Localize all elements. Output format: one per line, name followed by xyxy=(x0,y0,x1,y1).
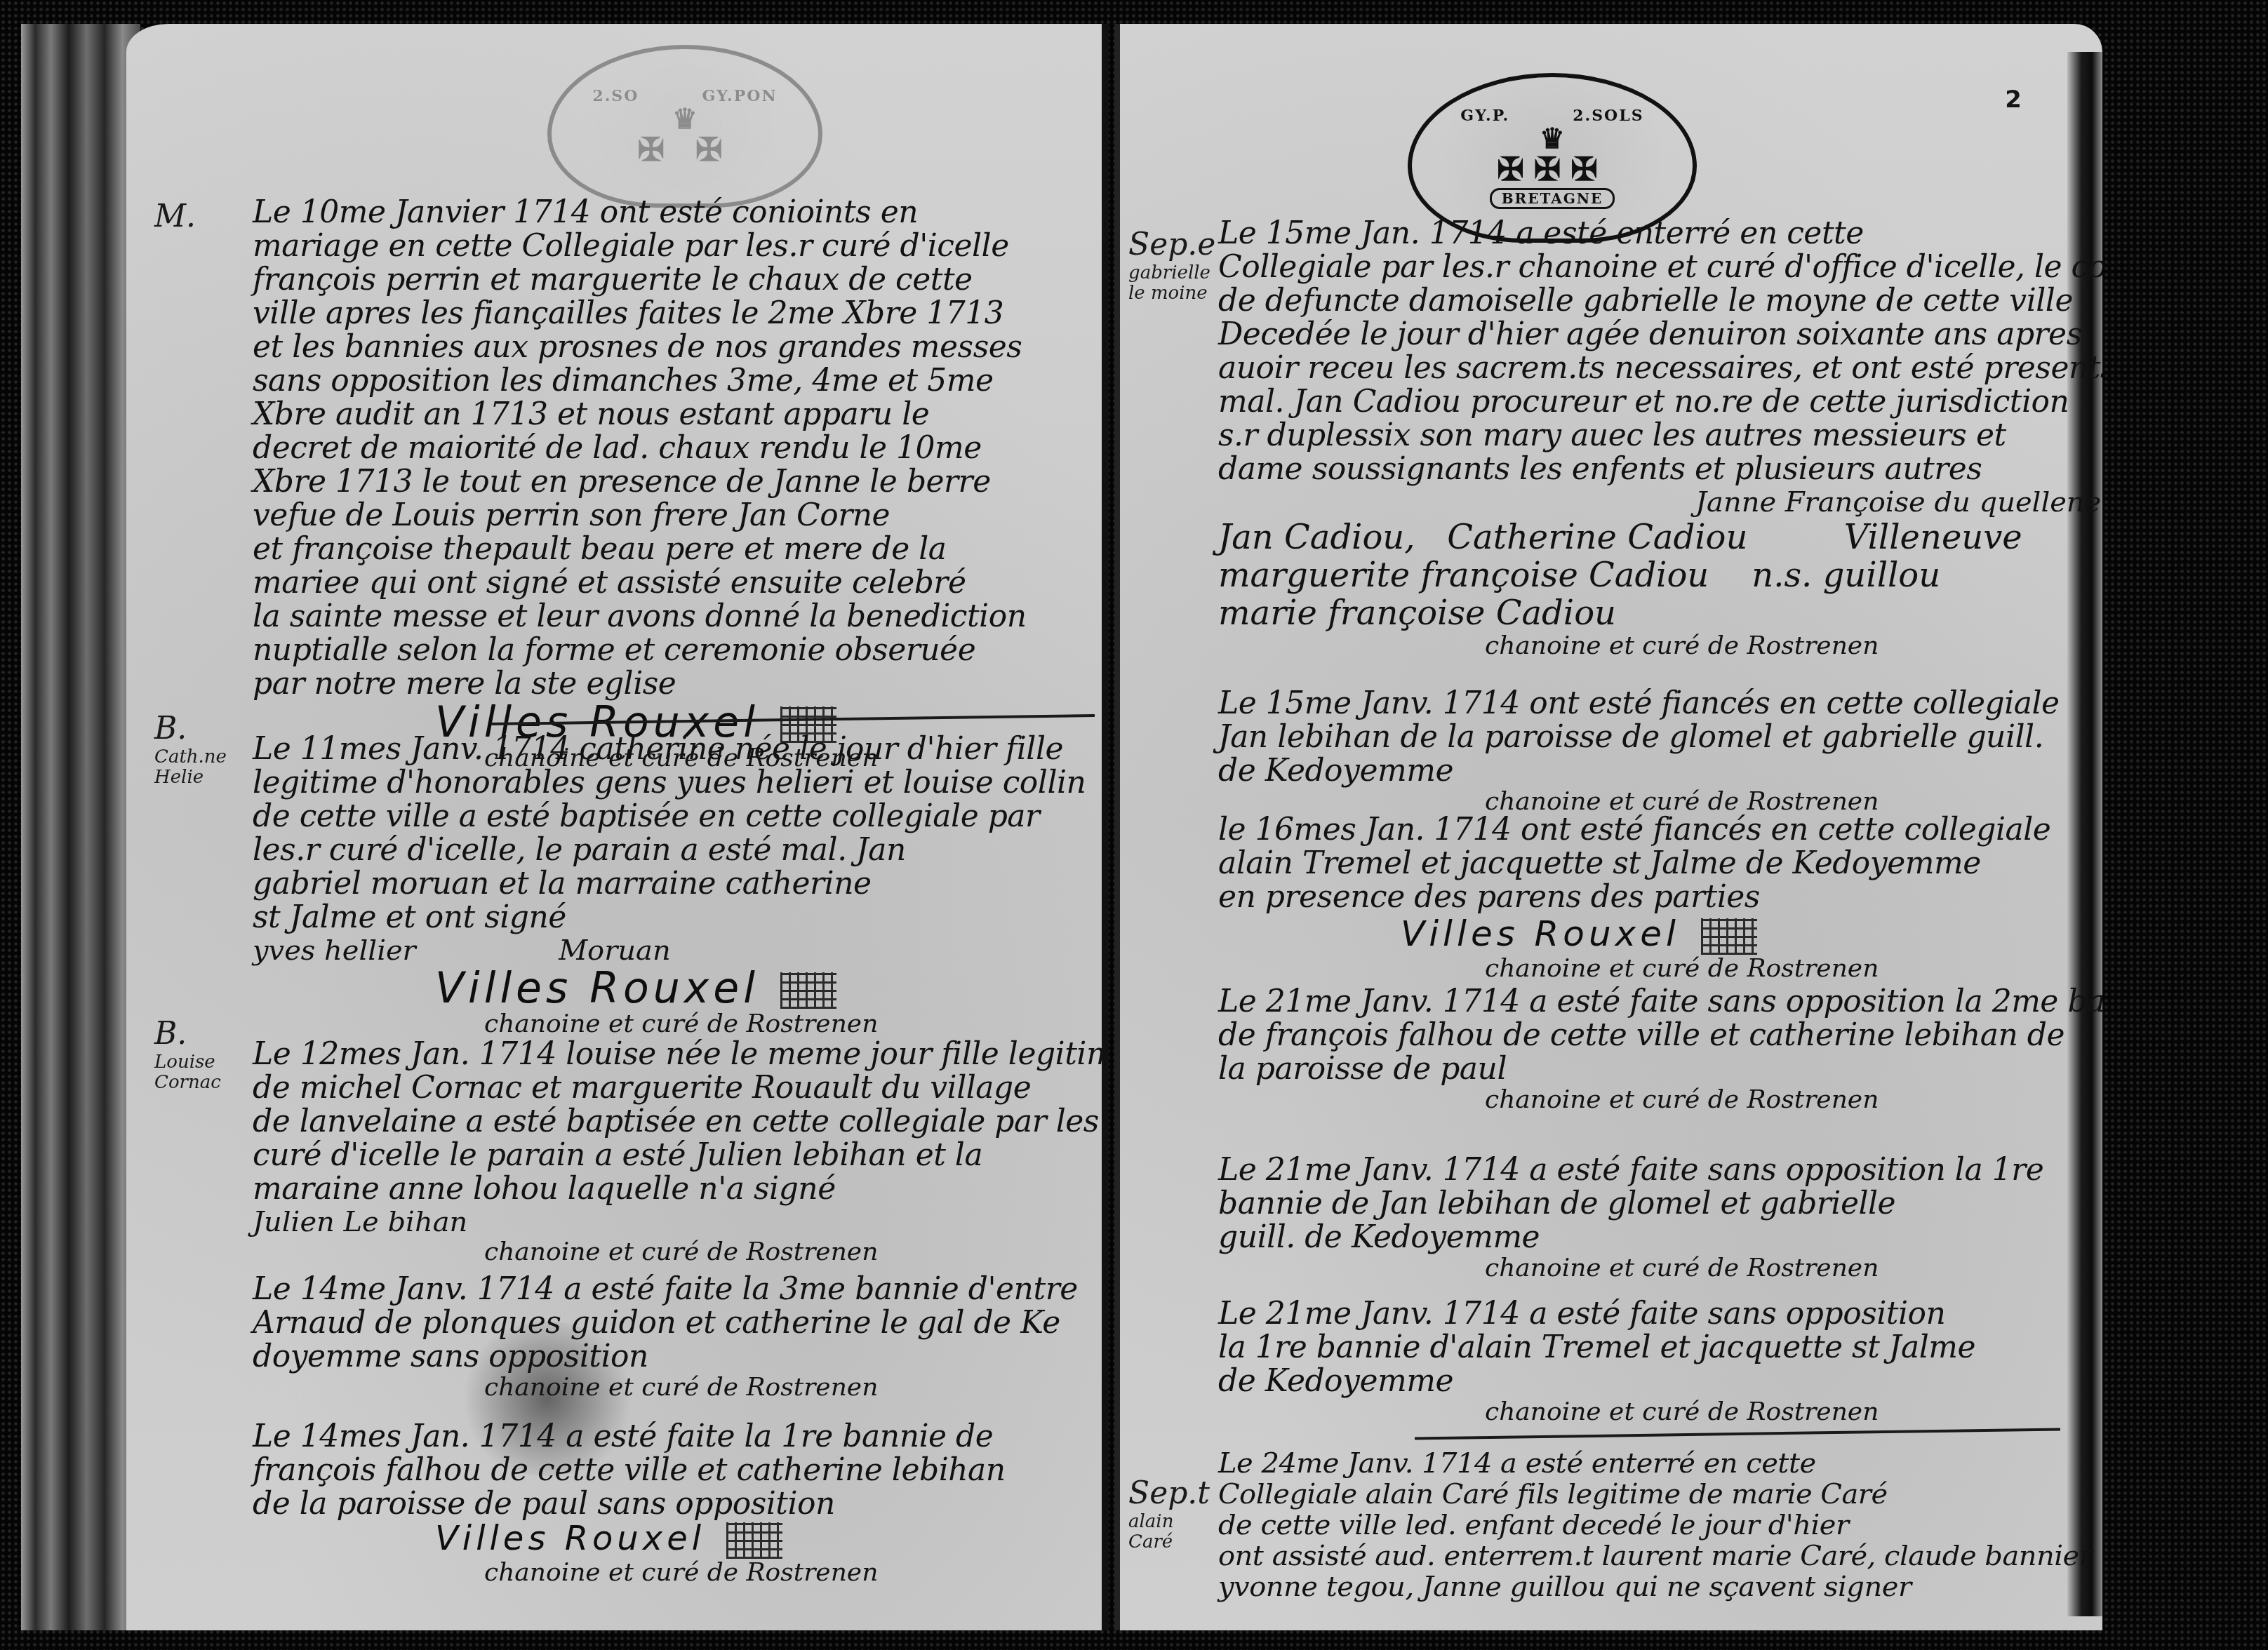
margin-note-marriage: M. xyxy=(154,199,239,235)
open-register-book: 2.SO GY.PON ♛ ✠ ✠ M. B. Cath.ne Helie B.… xyxy=(21,24,2119,1630)
tax-stamp-showthrough: 2.SO GY.PON ♛ ✠ ✠ xyxy=(547,45,822,208)
stamp-ribbon-right: 2.SOLS xyxy=(1573,107,1643,125)
stamp-ribbon-left: GY.P. xyxy=(1460,107,1509,125)
officiant-title: chanoine et curé de Rostrenen xyxy=(484,1238,1109,1266)
stamp-region-label: BRETAGNE xyxy=(1490,188,1615,209)
margin-note-baptism-helie: B. Cath.ne Helie xyxy=(154,711,239,789)
register-entry-marriage-perrin: Le 10me Janvier 1714 ont esté conioints … xyxy=(253,196,1027,772)
page-number: 2 xyxy=(2005,86,2022,114)
witness-signature: Janne Françoise du quellenec xyxy=(1695,486,2102,518)
witness-signature: marie françoise Cadiou xyxy=(1218,594,2102,632)
book-page-edges-left xyxy=(21,24,140,1630)
stamp-ribbon-right: GY.PON xyxy=(702,87,777,105)
officiant-signature: Villes Rouxel xyxy=(435,1521,1006,1559)
register-entry-banns-lebihan: Le 21me Janv. 1714 a esté faite sans opp… xyxy=(1218,1153,2043,1282)
register-entry-betrothal-lebihan: Le 15me Janv. 1714 ont esté fiancés en c… xyxy=(1218,687,2060,816)
officiant-title: chanoine et curé de Rostrenen xyxy=(1485,632,2102,660)
officiant-title: chanoine et curé de Rostrenen xyxy=(1485,1086,2102,1114)
ermine-icon: ✠ ✠ xyxy=(637,133,732,166)
register-entry-betrothal-tremel: le 16mes Jan. 1714 ont esté fiancés en c… xyxy=(1218,813,2050,983)
stamp-ribbon-left: 2.SO xyxy=(592,87,639,105)
paraphe-flourish-icon xyxy=(780,972,836,1009)
register-entry-baptism-cornac: Le 12mes Jan. 1714 louise née le meme jo… xyxy=(253,1038,1109,1266)
crown-icon: ♛ xyxy=(672,105,698,133)
left-page: 2.SO GY.PON ♛ ✠ ✠ M. B. Cath.ne Helie B.… xyxy=(126,24,1109,1630)
register-entry-banns-guidon: Le 14me Janv. 1714 a esté faite la 3me b… xyxy=(253,1273,1078,1402)
register-entry-banns-falhou: Le 21me Janv. 1714 a esté faite sans opp… xyxy=(1218,985,2102,1114)
officiant-signature: Villes Rouxel xyxy=(435,967,1086,1010)
ermine-icon: ✠✠✠ xyxy=(1497,153,1608,185)
right-page: 2 GY.P. 2.SOLS ♛ ✠✠✠ BRETAGNE Sep.e gabr… xyxy=(1114,24,2102,1630)
officiant-title: chanoine et curé de Rostrenen xyxy=(1485,1398,1975,1426)
margin-note-baptism-cornac: B. Louise Cornac xyxy=(154,1017,239,1094)
witness-signature: Jan Cadiou, Catherine Cadiou Villeneuve xyxy=(1218,518,2102,556)
register-entry-banns-tremel: Le 21me Janv. 1714 a esté faite sans opp… xyxy=(1218,1297,1975,1426)
crown-icon: ♛ xyxy=(1540,125,1565,153)
margin-note-burial-le-moine: Sep.e gabrielle le moine xyxy=(1128,227,1213,304)
officiant-signature: Villes Rouxel xyxy=(1401,914,2050,955)
paraphe-flourish-icon xyxy=(726,1522,782,1559)
register-entry-banns-falhou: Le 14mes Jan. 1714 a esté faite la 1re b… xyxy=(253,1420,1006,1587)
witness-signatures: yves hellier Moruan xyxy=(253,934,1086,967)
paraphe-flourish-icon xyxy=(1701,918,1757,955)
entry-divider xyxy=(1415,1428,2060,1440)
witness-signature: marguerite françoise Cadiou n.s. guillou xyxy=(1218,556,2102,594)
officiant-title: chanoine et curé de Rostrenen xyxy=(484,1010,1086,1038)
officiant-title: chanoine et curé de Rostrenen xyxy=(1485,1254,2043,1282)
register-entry-baptism-helie: Le 11mes Janv. 1714 catherine née le jou… xyxy=(253,732,1086,1038)
witness-signatures: Julien Le bihan xyxy=(253,1206,1109,1238)
margin-note-burial-care: Sep.t alain Caré xyxy=(1128,1476,1213,1553)
register-entry-burial-care: Le 24me Janv. 1714 a esté enterré en cet… xyxy=(1218,1448,2092,1602)
register-entry-burial-le-moyne: Le 15me Jan. 1714 a esté enterré en cett… xyxy=(1218,217,2102,660)
officiant-title: chanoine et curé de Rostrenen xyxy=(484,1559,1006,1587)
officiant-title: chanoine et curé de Rostrenen xyxy=(1485,955,2050,983)
